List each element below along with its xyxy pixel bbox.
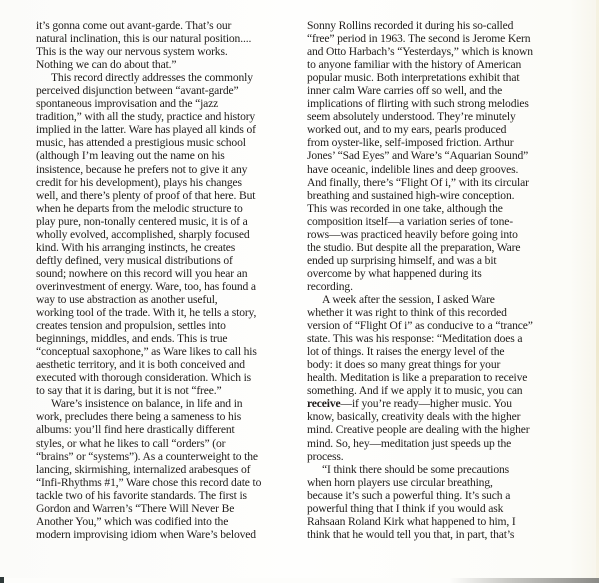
text-line: tradition,” with all the study, practice… (36, 110, 286, 123)
text-line: working tool of the trade. With it, he t… (36, 306, 286, 319)
text-line: inner calm Ware carries off so well, and… (307, 84, 557, 97)
text-line: Sonny Rollins recorded it during his so-… (307, 19, 557, 32)
text-line: And finally, there’s “Flight Of i,” with… (307, 176, 557, 189)
text-line: seem absolutely understood. They’re minu… (307, 110, 557, 123)
text-line: “free” period in 1963. The second is Jer… (307, 32, 557, 45)
text-line: credit for his development), plays his c… (36, 176, 286, 189)
text-line: well, and there’s plenty of proof of tha… (36, 189, 286, 202)
text-line: from oyster-like, self-imposed friction.… (307, 136, 557, 149)
text-line: lancing, skirmishing, internalized arabe… (36, 463, 286, 476)
text-line: modern improvising idiom when Ware’s bel… (36, 528, 286, 541)
text-line: to anyone familiar with the history of A… (307, 58, 557, 71)
text-line: worked out, and to my ears, pearls produ… (307, 123, 557, 136)
text-line: “I think there should be some precaution… (307, 463, 557, 476)
text-line: state. This was his response: “Meditatio… (307, 332, 557, 345)
text-line: version of “Flight Of i” as conducive to… (307, 319, 557, 332)
text-line: (although I’m leaving out the name on hi… (36, 149, 286, 162)
text-line: when horn players use circular breathing… (307, 476, 557, 489)
text-line: This record directly addresses the commo… (36, 71, 286, 84)
text-line: creates tension and propulsion, settles … (36, 319, 286, 332)
text-line: sound; nowhere on this record will you h… (36, 267, 286, 280)
text-line: This was recorded in one take, although … (307, 202, 557, 215)
text-line: overcome by what happened during its (307, 267, 557, 280)
text-line: process. (307, 450, 557, 463)
text-line: styles, or what he likes to call “orders… (36, 437, 286, 450)
text-line: deftly defined, very musical distributio… (36, 254, 286, 267)
text-line: “conceptual saxophone,” as Ware likes to… (36, 345, 286, 358)
text-line: know, basically, creativity deals with t… (307, 410, 557, 423)
text-line: composition itself—a variation series of… (307, 215, 557, 228)
scan-corner-mark (0, 577, 4, 583)
text-line: recording. (307, 280, 557, 293)
text-line: A week after the session, I asked Ware (307, 293, 557, 306)
text-line: breathing and sustained high-wire concep… (307, 189, 557, 202)
text-line: aesthetic territory, and it is both conc… (36, 358, 286, 371)
text-line: insistence, because he prefers not to gi… (36, 163, 286, 176)
text-line: receive—if you’re ready—higher music. Yo… (307, 397, 557, 410)
text-line: perceived disjunction between “avant-gar… (36, 84, 286, 97)
text-line: albums: you’ll find here drastically dif… (36, 423, 286, 436)
text-line: and Otto Harbach’s “Yesterdays,” which i… (307, 45, 557, 58)
text-line: it’s gonna come out avant-garde. That’s … (36, 19, 286, 32)
text-line: popular music. Both interpretations exhi… (307, 71, 557, 84)
text-line: because it’s such a powerful thing. It’s… (307, 489, 557, 502)
text-line: to say that it is daring, but it is not … (36, 384, 286, 397)
text-line: rows—was practiced heavily before going … (307, 228, 557, 241)
text-line: whether it was right to think of this re… (307, 306, 557, 319)
text-line: “Infi-Rhythms #1,” Ware chose this recor… (36, 476, 286, 489)
text-line: implications of flirting with such stron… (307, 97, 557, 110)
text-line: something. And if we apply it to music, … (307, 384, 557, 397)
text-line: powerful thing that I think if you would… (307, 502, 557, 515)
text-line: Rahsaan Roland Kirk what happened to him… (307, 515, 557, 528)
text-line: way to use abstraction as another useful… (36, 293, 286, 306)
left-text-column: it’s gonna come out avant-garde. That’s … (36, 19, 286, 541)
text-line: Ware’s insistence on balance, in life an… (36, 397, 286, 410)
text-line: think that he would tell you that, in pa… (307, 528, 557, 541)
text-line: health. Meditation is like a preparation… (307, 371, 557, 384)
text-line: spontaneous improvisation and the “jazz (36, 97, 286, 110)
text-line: Nothing we can do about that.” (36, 58, 286, 71)
text-line: have oceanic, indelible lines and deep g… (307, 163, 557, 176)
text-line: ended up surprising himself, and was a b… (307, 254, 557, 267)
text-line: when he departs from the melodic structu… (36, 202, 286, 215)
text-line: kind. With his arranging instincts, he c… (36, 241, 286, 254)
scanned-page: it’s gonna come out avant-garde. That’s … (0, 0, 599, 583)
text-line: “brains” or “systems”). As a counterweig… (36, 450, 286, 463)
text-line: play pure, non-tonally centered music, i… (36, 215, 286, 228)
text-line: lot of things. It raises the energy leve… (307, 345, 557, 358)
text-line: body: it does so many great things for y… (307, 358, 557, 371)
text-line: music, has attended a prestigious music … (36, 136, 286, 149)
text-line: implied in the latter. Ware has played a… (36, 123, 286, 136)
text-line: Another You,” which was codified into th… (36, 515, 286, 528)
emphasized-word: receive (307, 397, 341, 410)
right-text-column: Sonny Rollins recorded it during his so-… (307, 19, 557, 541)
text-line: overinvestment of energy. Ware, too, has… (36, 280, 286, 293)
text-line: wholly evolved, accomplished, sharply fo… (36, 228, 286, 241)
text-line: beginnings, middles, and ends. This is t… (36, 332, 286, 345)
page-bottom-edge (0, 578, 599, 583)
text-line: mind. So, hey—meditation just speeds up … (307, 437, 557, 450)
text-line: natural inclination, this is our natural… (36, 32, 286, 45)
text-line: the studio. But despite all the preparat… (307, 241, 557, 254)
text-line: tackle two of his favorite standards. Th… (36, 489, 286, 502)
text-line: This is the way our nervous system works… (36, 45, 286, 58)
text-line: Gordon and Warren’s “There Will Never Be (36, 502, 286, 515)
text-line: work, precludes there being a sameness t… (36, 410, 286, 423)
text-line: Jones’ “Sad Eyes” and Ware’s “Aquarian S… (307, 149, 557, 162)
text-line: executed with thorough consideration. Wh… (36, 371, 286, 384)
text-run: —if you’re ready—higher music. You (341, 397, 512, 410)
text-line: mind. Creative people are dealing with t… (307, 423, 557, 436)
